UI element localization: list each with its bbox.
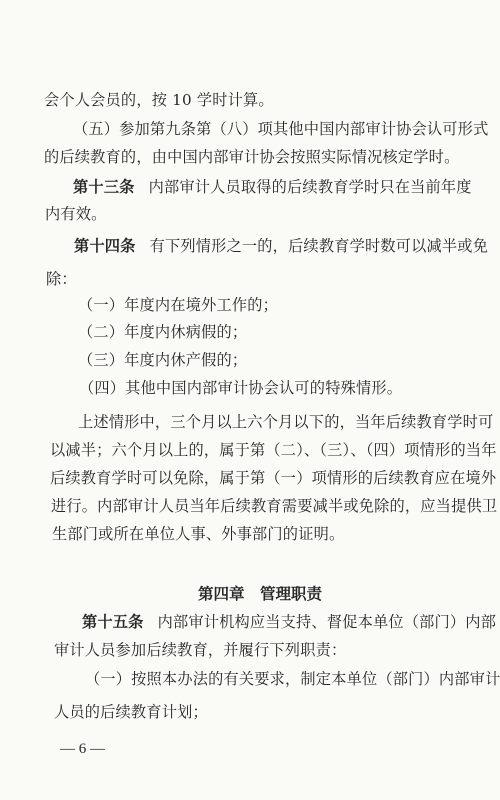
list-item: （三）年度内休产假的； xyxy=(78,351,247,369)
document-page: 会个人会员的，按 10 学时计算。 （五）参加第九条第（八）项其他中国内部审计协… xyxy=(0,0,500,800)
article-heading: 第十四条 xyxy=(74,237,136,255)
article-heading: 第十五条 xyxy=(82,613,144,631)
article-14: 第十四条有下列情形之一的，后续教育学时数可以减半或免 xyxy=(74,237,488,255)
page-number: — 6 — xyxy=(60,741,105,758)
clause-item-5: （五）参加第九条第（八）项其他中国内部审计协会认可形式 xyxy=(73,120,488,138)
paragraph-line: 人员的后续教育计划； xyxy=(54,703,208,721)
paragraph-line: 内有效。 xyxy=(45,205,107,223)
chapter-heading: 第四章 管理职责 xyxy=(198,582,322,604)
article-text: 有下列情形之一的，后续教育学时数可以减半或免 xyxy=(150,237,489,255)
paragraph-line: 生部门或所在单位人事、外事部门的证明。 xyxy=(52,525,344,543)
paragraph-line: 会个人会员的，按 10 学时计算。 xyxy=(44,91,274,109)
list-item: （四）其他中国内部审计协会认可的特殊情形。 xyxy=(79,379,402,397)
paragraph-line: 审计人员参加后续教育，并履行下列职责： xyxy=(54,641,346,659)
paragraph-line: 的后续教育的，由中国内部审计协会按照实际情况核定学时。 xyxy=(44,148,459,166)
paragraph-line: 进行。内部审计人员当年后续教育需要减半或免除的，应当提供卫 xyxy=(51,497,497,515)
paragraph-line: 以减半；六个月以上的，属于第（二）、（三）、（四）项情形的当年 xyxy=(50,441,497,459)
list-item: （二）年度内休病假的； xyxy=(78,323,247,341)
article-heading: 第十三条 xyxy=(73,178,135,196)
article-13: 第十三条内部审计人员取得的后续教育学时只在当前年度 xyxy=(73,178,472,196)
paragraph-line: 上述情形中，三个月以上六个月以下的，当年后续教育学时可 xyxy=(78,413,493,431)
paragraph-line: 后续教育学时可以免除，属于第（一）项情形的后续教育应在境外 xyxy=(50,469,496,487)
article-text: 内部审计机构应当支持、督促本单位（部门）内部 xyxy=(158,613,497,631)
paragraph-line: 除： xyxy=(46,270,77,288)
article-text: 内部审计人员取得的后续教育学时只在当前年度 xyxy=(149,178,472,196)
list-item: （一）按照本办法的有关要求，制定本单位（部门）内部审计 xyxy=(85,670,500,688)
list-item: （一）年度内在境外工作的； xyxy=(78,296,278,314)
article-15: 第十五条内部审计机构应当支持、督促本单位（部门）内部 xyxy=(82,613,496,631)
